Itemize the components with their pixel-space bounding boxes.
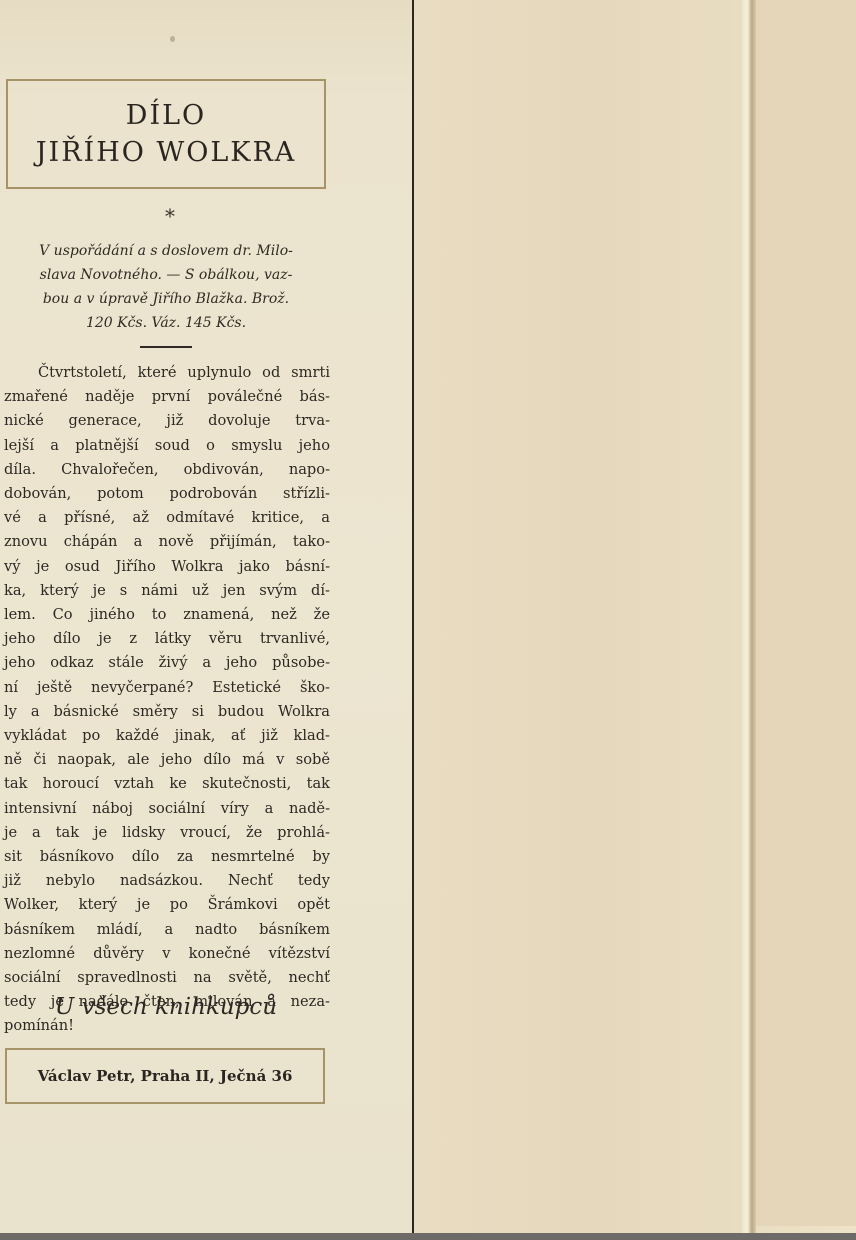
text-line: básníkem mládí, a nadto básníkem [4, 918, 330, 942]
asterisk-ornament-icon: * [155, 204, 185, 228]
text-line: sociální spravedlnosti na světě, nechť [4, 966, 330, 990]
edition-line: 120 Kčs. Váz. 145 Kčs. [6, 311, 326, 335]
text-line: Čtvrtstoletí, které uplynulo od smrti [4, 361, 330, 385]
text-line: vé a přísné, až odmítavé kritice, a [4, 506, 330, 530]
scanner-background [0, 1233, 856, 1240]
text-line: dobován, potom podrobován střízli- [4, 482, 330, 506]
text-line: vykládat po každé jinak, ať již klad- [4, 724, 330, 748]
publisher-frame: Václav Petr, Praha II, Ječná 36 [5, 1048, 325, 1104]
text-line: lem. Co jiného to znamená, než že [4, 603, 330, 627]
title-frame: DÍLO JIŘÍHO WOLKRA [6, 79, 326, 189]
text-line: znovu chápán a nově přijímán, tako- [4, 530, 330, 554]
text-line: již nebylo nadsázkou. Nechť tedy [4, 869, 330, 893]
text-line: nické generace, již dovoluje trva- [4, 409, 330, 433]
edition-info: V uspořádání a s doslovem dr. Milo- slav… [6, 239, 326, 335]
text-line: zmařené naděje první poválečné bás- [4, 385, 330, 409]
text-line: lejší a platnější soud o smyslu jeho [4, 434, 330, 458]
title-line-1: DÍLO [8, 99, 324, 133]
torn-paper-edge [742, 0, 756, 1233]
ink-speck [170, 36, 175, 42]
text-line: jeho odkaz stále živý a jeho působe- [4, 651, 330, 675]
text-line: Wolker, který je po Šrámkovi opět [4, 893, 330, 917]
text-line: intensivní náboj sociální víry a nadě- [4, 797, 330, 821]
text-line: tak horoucí vztah ke skutečnosti, tak [4, 772, 330, 796]
text-line: ní ještě nevyčerpané? Estetické ško- [4, 676, 330, 700]
left-page: DÍLO JIŘÍHO WOLKRA * V uspořádání a s do… [0, 0, 412, 1233]
text-line: je a tak je lidsky vroucí, že prohlá- [4, 821, 330, 845]
text-line: sit básníkovo dílo za nesmrtelné by [4, 845, 330, 869]
text-line: jeho dílo je z látky věru trvanlivé, [4, 627, 330, 651]
edition-line: bou a v úpravě Jiřího Blažka. Brož. [6, 287, 326, 311]
right-flap [756, 0, 856, 1226]
description-paragraph: Čtvrtstoletí, které uplynulo od smrti zm… [4, 361, 330, 1039]
divider-rule [140, 346, 192, 348]
publisher-address: Václav Petr, Praha II, Ječná 36 [38, 1067, 293, 1085]
text-line: díla. Chvalořečen, obdivován, napo- [4, 458, 330, 482]
availability-note: U všech knihkupců [6, 994, 326, 1020]
edition-line: slava Novotného. — S obálkou, vaz- [6, 263, 326, 287]
text-line: ně či naopak, ale jeho dílo má v sobě [4, 748, 330, 772]
text-line: ka, který je s námi už jen svým dí- [4, 579, 330, 603]
text-line: nezlomné důvěry v konečné vítězství [4, 942, 330, 966]
text-line: ly a básnické směry si budou Wolkra [4, 700, 330, 724]
title-line-2: JIŘÍHO WOLKRA [8, 133, 324, 173]
edition-line: V uspořádání a s doslovem dr. Milo- [6, 239, 326, 263]
text-line: vý je osud Jiřího Wolkra jako básní- [4, 555, 330, 579]
